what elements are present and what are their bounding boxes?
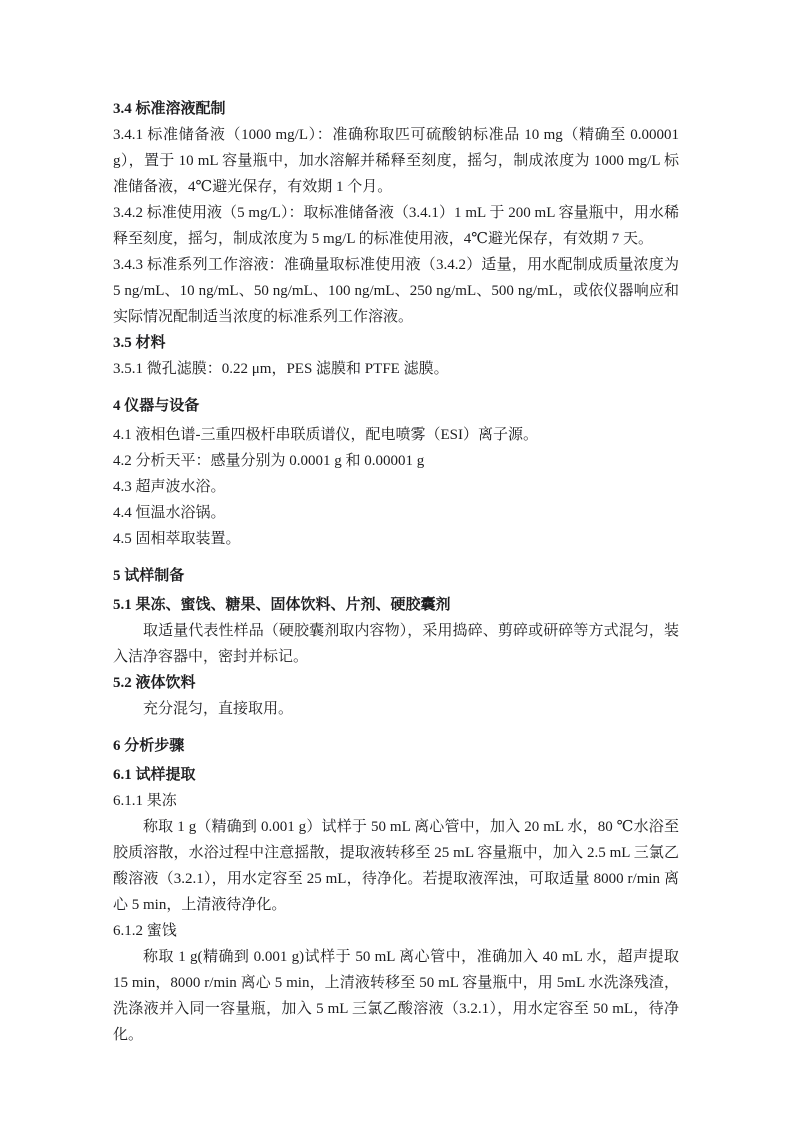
- clause-4-5-spe-device: 4.5 固相萃取装置。: [113, 526, 679, 552]
- para-6-1-1-procedure: 称取 1 g（精确到 0.001 g）试样于 50 mL 离心管中，加入 20 …: [113, 814, 679, 918]
- clause-6-1-2-preserved-fruit: 6.1.2 蜜饯: [113, 918, 679, 944]
- clause-6-1-1-jelly: 6.1.1 果冻: [113, 788, 679, 814]
- document-page: 3.4 标准溶液配制 3.4.1 标准储备液（1000 mg/L）：准确称取匹可…: [0, 0, 793, 1122]
- para-6-1-2-procedure: 称取 1 g(精确到 0.001 g)试样于 50 mL 离心管中，准确加入 4…: [113, 944, 679, 1048]
- clause-4-2-analytical-balance: 4.2 分析天平：感量分别为 0.0001 g 和 0.00001 g: [113, 448, 679, 474]
- clause-3-5-1-membrane-filter: 3.5.1 微孔滤膜：0.22 μm，PES 滤膜和 PTFE 滤膜。: [113, 356, 679, 382]
- heading-4-instruments-equipment: 4 仪器与设备: [113, 393, 679, 419]
- para-5-1-procedure: 取适量代表性样品（硬胶囊剂取内容物），采用捣碎、剪碎或研碎等方式混匀，装入洁净容…: [113, 618, 679, 670]
- clause-4-1-lcmsms: 4.1 液相色谱-三重四极杆串联质谱仪，配电喷雾（ESI）离子源。: [113, 422, 679, 448]
- clause-3-4-1-stock-solution: 3.4.1 标准储备液（1000 mg/L）：准确称取匹可硫酸钠标准品 10 m…: [113, 122, 679, 200]
- clause-3-4-2-working-solution: 3.4.2 标准使用液（5 mg/L）：取标准储备液（3.4.1）1 mL 于 …: [113, 200, 679, 252]
- heading-3-5-materials: 3.5 材料: [113, 330, 679, 356]
- clause-4-4-water-bath: 4.4 恒温水浴锅。: [113, 500, 679, 526]
- para-5-2-procedure: 充分混匀，直接取用。: [113, 696, 679, 722]
- document-content: 3.4 标准溶液配制 3.4.1 标准储备液（1000 mg/L）：准确称取匹可…: [113, 96, 679, 1048]
- heading-6-1-sample-extraction: 6.1 试样提取: [113, 762, 679, 788]
- clause-3-4-3-series-solutions: 3.4.3 标准系列工作溶液：准确量取标准使用液（3.4.2）适量，用水配制成质…: [113, 252, 679, 330]
- heading-3-4-standard-solution-prep: 3.4 标准溶液配制: [113, 96, 679, 122]
- heading-5-2-liquid-beverage: 5.2 液体饮料: [113, 670, 679, 696]
- clause-4-3-ultrasonic-bath: 4.3 超声波水浴。: [113, 474, 679, 500]
- heading-5-sample-preparation: 5 试样制备: [113, 563, 679, 589]
- heading-6-analysis-steps: 6 分析步骤: [113, 733, 679, 759]
- heading-5-1-solid-samples: 5.1 果冻、蜜饯、糖果、固体饮料、片剂、硬胶囊剂: [113, 592, 679, 618]
